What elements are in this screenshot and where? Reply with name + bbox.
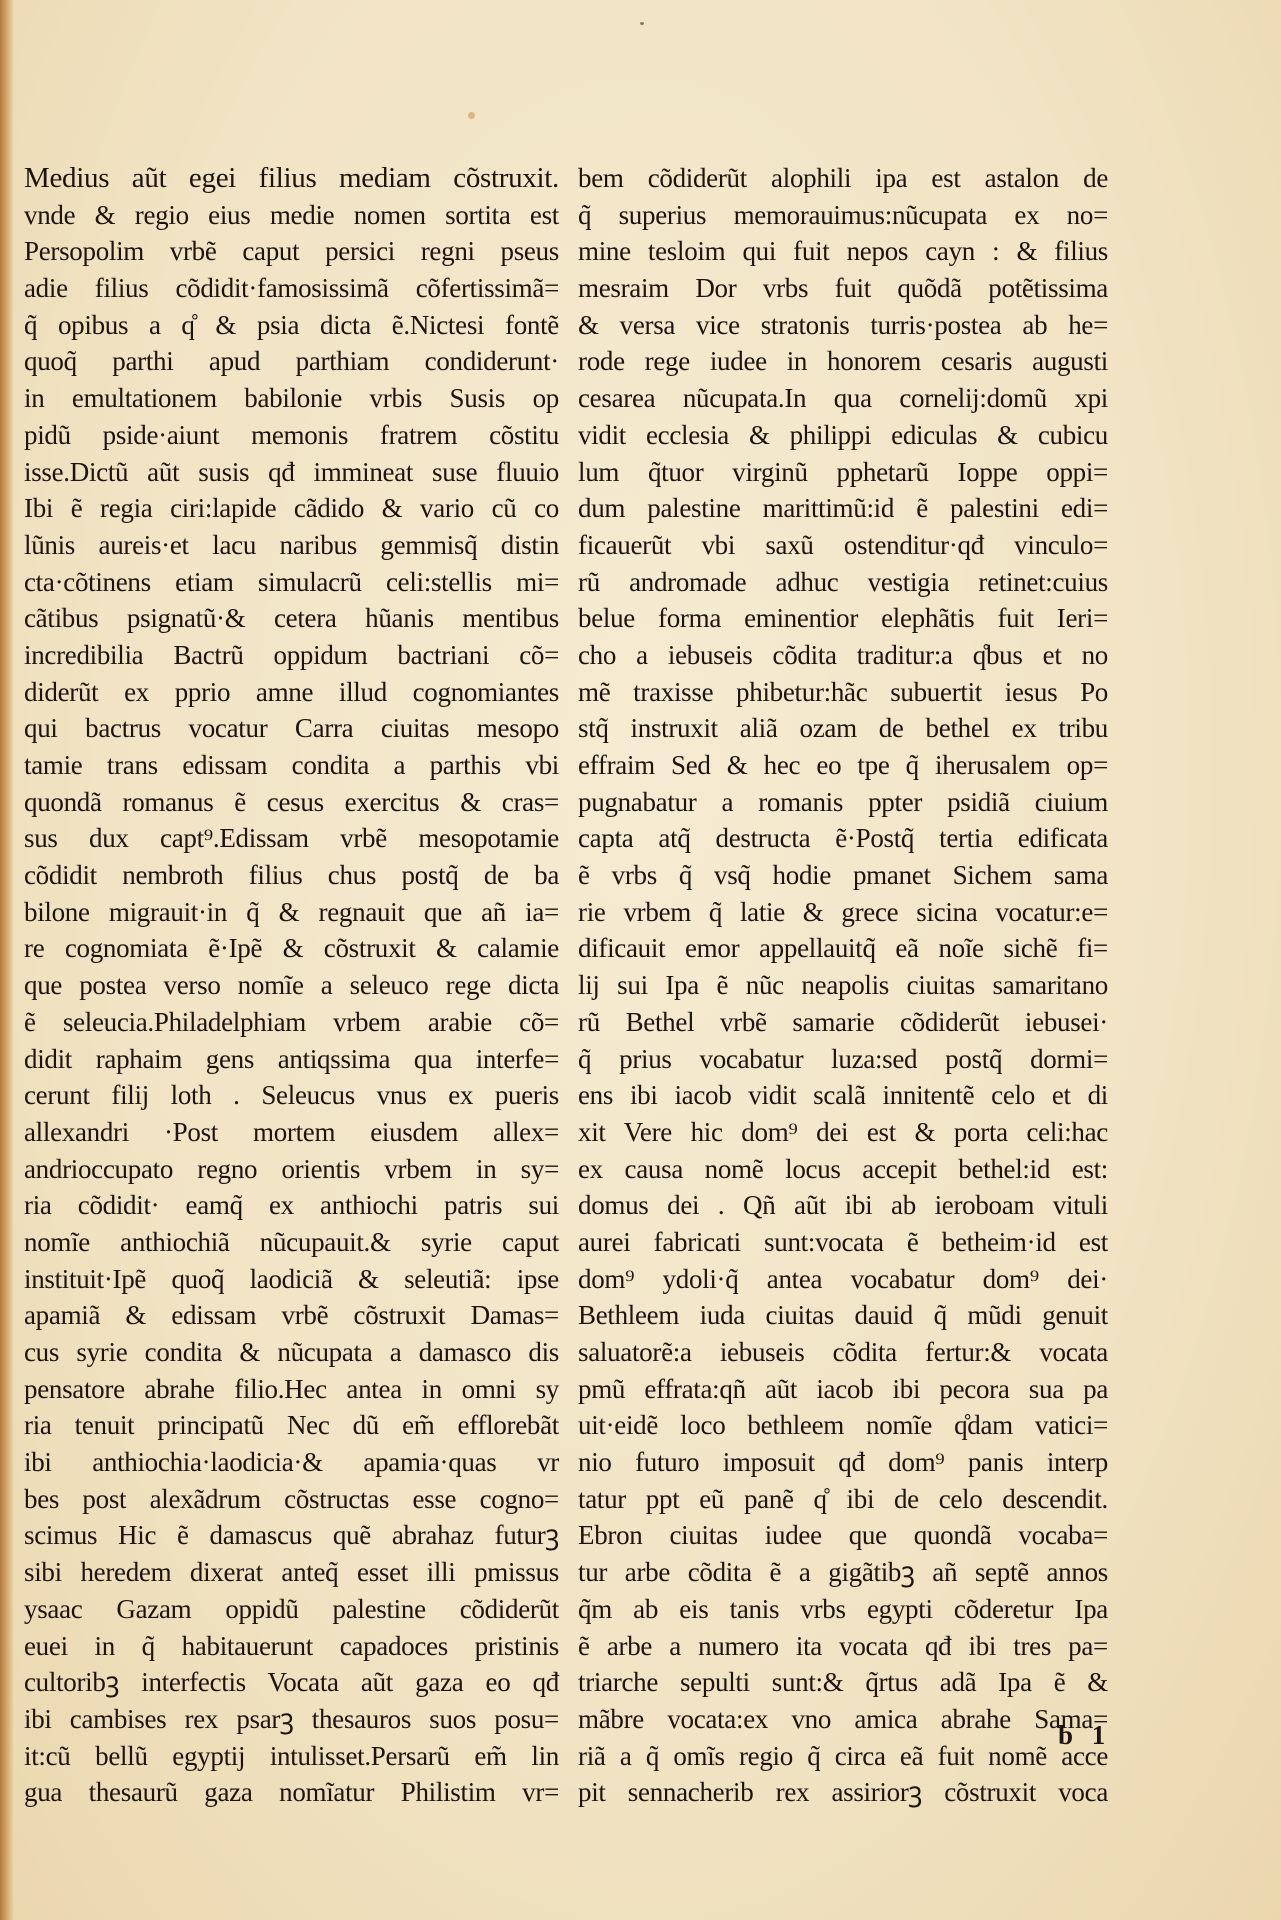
text-line: dom⁹ ydoli·q̃ antea vocabatur dom⁹ dei· <box>578 1261 1108 1298</box>
text-line: rũ andromade adhuc vestigia retinet:cuiu… <box>578 564 1108 601</box>
text-line: mine tesloim qui fuit nepos cayn : & fil… <box>578 233 1108 270</box>
text-line: xit Vere hic dom⁹ dei est & porta celi:h… <box>578 1114 1108 1151</box>
text-line: rũ Bethel vrbẽ samarie cõdiderũt iebusei… <box>578 1004 1108 1041</box>
text-line: ẽ seleucia.Philadelphiam vrbem arabie cõ… <box>24 1004 559 1041</box>
text-line: didit raphaim gens antiqssima qua interf… <box>24 1041 559 1078</box>
text-line: saluatorẽ:a iebuseis cõdita fertur:& voc… <box>578 1334 1108 1371</box>
text-line: riã a q̃ omĩs regio q̃ circa eã fuit nom… <box>578 1738 1108 1775</box>
text-line: bilone migrauit·in q̃ & regnauit que añ … <box>24 894 559 931</box>
text-line: dum palestine marittimũ:id ẽ palestini e… <box>578 490 1108 527</box>
text-line: cus syrie condita & nũcupata a damasco d… <box>24 1334 559 1371</box>
manuscript-page: Medius aũt egei filius mediam cõstruxit.… <box>0 0 1281 1920</box>
text-line: ysaac Gazam oppidũ palestine cõdiderũt <box>24 1591 559 1628</box>
text-line: re cognomiata ẽ·Ipẽ & cõstruxit & calami… <box>24 930 559 967</box>
text-line: cho a iebuseis cõdita traditur:a q̊bus e… <box>578 637 1108 674</box>
text-line: ria cõdidit· eamq̃ ex anthiochi patris s… <box>24 1187 559 1224</box>
text-line: instituit·Ipẽ quoq̃ laodiciã & seleutiã:… <box>24 1261 559 1298</box>
text-line: q̃ superius memorauimus:nũcupata ex no= <box>578 197 1108 234</box>
text-line: mãbre vocata:ex vno amica abrahe Sama= <box>578 1701 1108 1738</box>
text-line: quoq̃ parthi apud parthiam condiderunt· <box>24 343 559 380</box>
text-line: euei in q̃ habitauerunt capadoces pristi… <box>24 1628 559 1665</box>
text-line: effraim Sed & hec eo tpe q̃ iherusalem o… <box>578 747 1108 784</box>
paper-speck <box>640 22 644 25</box>
text-line: & versa vice stratonis turris·postea ab … <box>578 307 1108 344</box>
text-line: diderũt ex pprio amne illud cognomiantes <box>24 674 559 711</box>
text-line: gua thesaurũ gaza nomĩatur Philistim vr= <box>24 1774 559 1811</box>
text-line: domus dei . Qñ aũt ibi ab ieroboam vitul… <box>578 1187 1108 1224</box>
text-line: apamiã & edissam vrbẽ cõstruxit Damas= <box>24 1297 559 1334</box>
text-line: q̃ opibus a q̊ & psia dicta ẽ.Nictesi fo… <box>24 307 559 344</box>
text-line: pugnabatur a romanis ppter psidiã ciuium <box>578 784 1108 821</box>
text-line: mesraim Dor vrbs fuit quõdã potẽtissima <box>578 270 1108 307</box>
text-line: vidit ecclesia & philippi ediculas & cub… <box>578 417 1108 454</box>
signature-mark: b 1 <box>1058 1720 1111 1751</box>
text-line: tamie trans edissam condita a parthis vb… <box>24 747 559 784</box>
text-line: ens ibi iacob vidit scalã innitentẽ celo… <box>578 1077 1108 1114</box>
text-line: pit sennacherib rex assiriorꝫ cõstruxit … <box>578 1774 1108 1811</box>
text-line: cãtibus psignatũ·& cetera hũanis mentibu… <box>24 600 559 637</box>
text-line: ẽ vrbs q̃ vsq̃ hodie pmanet Sichem sama <box>578 857 1108 894</box>
text-line: uit·eidẽ loco bethleem nomĩe q̊dam vatic… <box>578 1407 1108 1444</box>
text-line: que postea verso nomĩe a seleuco rege di… <box>24 967 559 1004</box>
text-line: vnde & regio eius medie nomen sortita es… <box>24 197 559 234</box>
text-line: tur arbe cõdita ẽ a gigãtibꝫ añ septẽ an… <box>578 1554 1108 1591</box>
text-line: pmũ effrata:qñ aũt iacob ibi pecora sua … <box>578 1371 1108 1408</box>
text-line: ficauerũt vbi saxũ ostenditur·qđ vinculo… <box>578 527 1108 564</box>
text-line: stq̃ instruxit aliã ozam de bethel ex tr… <box>578 710 1108 747</box>
text-column-left: Medius aũt egei filius mediam cõstruxit.… <box>24 160 559 1811</box>
text-line: cesarea nũcupata.In qua cornelij:domũ xp… <box>578 380 1108 417</box>
text-line: belue forma eminentior elephãtis fuit Ie… <box>578 600 1108 637</box>
text-line: nomĩe anthiochiã nũcupauit.& syrie caput <box>24 1224 559 1261</box>
page-edge-shadow <box>0 0 14 1920</box>
text-line: ibi anthiochia·laodicia·& apamia·quas vr <box>24 1444 559 1481</box>
text-line: cta·cõtinens etiam simulacrũ celi:stelli… <box>24 564 559 601</box>
text-line: Bethleem iuda ciuitas dauid q̃ mũdi genu… <box>578 1297 1108 1334</box>
paper-speck <box>468 112 475 119</box>
text-line: pidũ pside·aiunt memonis fratrem cõstitu <box>24 417 559 454</box>
text-line: q̃ prius vocabatur luza:sed postq̃ dormi… <box>578 1041 1108 1078</box>
text-line: in emultationem babilonie vrbis Susis op <box>24 380 559 417</box>
text-line: qui bactrus vocatur Carra ciuitas mesopo <box>24 710 559 747</box>
text-line: cultoribꝫ interfectis Vocata aũt gaza eo… <box>24 1664 559 1701</box>
text-line: cõdidit nembroth filius chus postq̃ de b… <box>24 857 559 894</box>
text-line: lũnis aureis·et lacu naribus gemmisq̃ di… <box>24 527 559 564</box>
text-line: sibi heredem dixerat anteq̃ esset illi p… <box>24 1554 559 1591</box>
text-line: quondã romanus ẽ cesus exercitus & cras= <box>24 784 559 821</box>
text-line: rode rege iudee in honorem cesaris augus… <box>578 343 1108 380</box>
text-line: incredibilia Bactrũ oppidum bactriani cõ… <box>24 637 559 674</box>
text-line: sus dux capt⁹.Edissam vrbẽ mesopotamie <box>24 820 559 857</box>
text-line: triarche sepulti sunt:& q̃rtus adã Ipa ẽ… <box>578 1664 1108 1701</box>
text-line: capta atq̃ destructa ẽ·Postq̃ tertia edi… <box>578 820 1108 857</box>
text-line: adie filius cõdidit·famosissimã cõfertis… <box>24 270 559 307</box>
text-line: rie vrbem q̃ latie & grece sicina vocatu… <box>578 894 1108 931</box>
text-line: it:cũ bellũ egyptij intulisset.Persarũ e… <box>24 1738 559 1775</box>
text-line: lum q̃tuor virginũ pphetarũ Ioppe oppi= <box>578 454 1108 491</box>
text-line: mẽ traxisse phibetur:hãc subuertit iesus… <box>578 674 1108 711</box>
text-line: nio futuro imposuit qđ dom⁹ panis interp <box>578 1444 1108 1481</box>
text-line: ria tenuit principatũ Nec dũ em̃ efflore… <box>24 1407 559 1444</box>
text-column-right: bem cõdiderũt alophili ipa est astalon d… <box>578 160 1108 1811</box>
text-line: q̃m ab eis tanis vrbs egypti cõderetur I… <box>578 1591 1108 1628</box>
text-line: dificauit emor appellauitq̃ eã noĩe sich… <box>578 930 1108 967</box>
text-line: pensatore abrahe filio.Hec antea in omni… <box>24 1371 559 1408</box>
text-line: bem cõdiderũt alophili ipa est astalon d… <box>578 160 1108 197</box>
text-line: Ebron ciuitas iudee que quondã vocaba= <box>578 1517 1108 1554</box>
text-line: allexandri ·Post mortem eiusdem allex= <box>24 1114 559 1151</box>
text-line: ẽ arbe a numero ita vocata qđ ibi tres p… <box>578 1628 1108 1665</box>
text-line: scimus Hic ẽ damascus quẽ abrahaz futurꝫ <box>24 1517 559 1554</box>
text-line: aurei fabricati sunt:vocata ẽ betheim·id… <box>578 1224 1108 1261</box>
text-line: isse.Dictũ aũt susis qđ immineat suse fl… <box>24 454 559 491</box>
text-line: lij sui Ipa ẽ nũc neapolis ciuitas samar… <box>578 967 1108 1004</box>
text-line: ibi cambises rex psarꝫ thesauros suos po… <box>24 1701 559 1738</box>
text-line: cerunt filij loth . Seleucus vnus ex pue… <box>24 1077 559 1114</box>
text-line: bes post alexãdrum cõstructas esse cogno… <box>24 1481 559 1518</box>
text-line: Persopolim vrbẽ caput persici regni pseu… <box>24 233 559 270</box>
text-line: Ibi ẽ regia ciri:lapide cãdido & vario c… <box>24 490 559 527</box>
text-line: tatur ppt eũ panẽ q̊ ibi de celo descend… <box>578 1481 1108 1518</box>
text-line: ex causa nomẽ locus accepit bethel:id es… <box>578 1151 1108 1188</box>
text-line: Medius aũt egei filius mediam cõstruxit. <box>24 160 559 197</box>
text-line: andrioccupato regno orientis vrbem in sy… <box>24 1151 559 1188</box>
